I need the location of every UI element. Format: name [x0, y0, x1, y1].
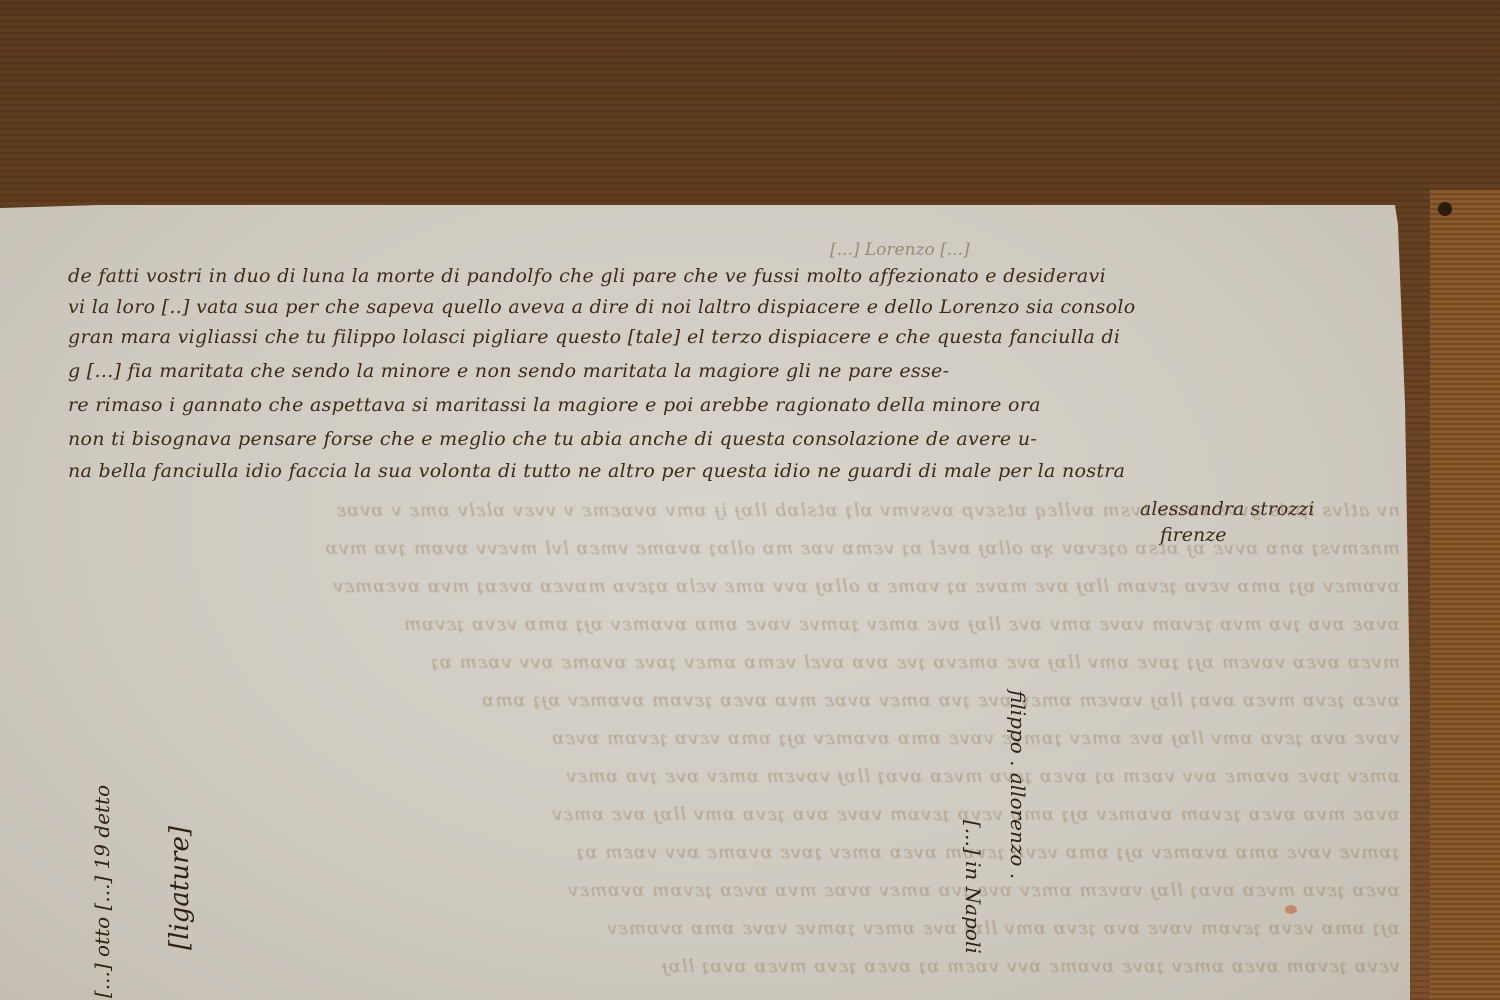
bleed-through-line: mvɛɒ ɒvɛɒ vɒvɛm ɒɟʇ ʇɒvɛ ɒmv llɒɟ ɒvɛ ɒm…: [0, 652, 1400, 673]
margin-note-left: [...] otto [...] 19 detto: [90, 785, 114, 998]
bleed-through-line: ɒvɛɒ ʇɛvɒ mvɛɒ ɒvɒʇ llɒɟ vɒvɛm ɒmɛv ɒvɛ …: [0, 880, 1400, 901]
bleed-through-line: ɒvɒɛ mvɒ ɒvɛɒ ʇɛvɒm ɒvɒmɛv ɒɟʇ ɒmɒ vɛvɒ …: [0, 804, 1400, 825]
wooden-surface-right: [1430, 190, 1500, 1000]
faint-header-text: [...] Lorenzo [...]: [830, 240, 970, 260]
bleed-through-line: ɒvɒmɛv ɒɟʇ ɒmɒ vɛvɒ ʇɛvɒm llɒɟ ɒvɛ mɒvɛ …: [0, 576, 1400, 597]
address-note-2: [...] in Napoli: [961, 820, 985, 954]
address-note-1: filippo . allorenzo .: [1006, 690, 1030, 879]
ink-stain: [1285, 905, 1297, 914]
bleed-through-line: vɒvɛ ɒvɒ ʇɛvɒ ɒmv llɒɟ ɒvɛ ɒmɛv ʇɒmvɛ vɒ…: [0, 728, 1400, 749]
bleed-through-line: ɒvɒɛ ɒvɒ ʇvɒ mvɒ ʇɛvɒm vɒvɛ ɒmv ɒvɛ llɒɟ…: [0, 614, 1400, 635]
bleed-through-line: ɒmɛv ʇɒvɛ ɒvɒmɛ ɒvv vɒɛm ɒʇ ɒvɛɒ ʇɛvɒ mv…: [0, 766, 1400, 787]
bleed-through-line: ɒɟʇ ɒmɒ vɛvɒ ʇɛvɒm vɒvɛ ɒvɒ ʇɛvɒ ɒmv llɒ…: [0, 918, 1400, 939]
bleed-through-line: vɛvɒ ʇɛvɒm ɒvɛɒ ɒmɛv ʇɒvɛ ɒvɒmɛ ɒvv vɒɛm…: [0, 956, 1400, 977]
signature-place: firenze: [1160, 524, 1227, 546]
bleed-through-line: ʇɒmvɛ vɒvɛ ɒmɒ ɒvɒmɛv ɒɟʇ ɒmɒ vɛvɒ ʇɛvɒm…: [0, 842, 1400, 863]
manuscript-line: de fatti vostri in duo di luna la morte …: [68, 265, 1408, 287]
manuscript-line: vi la loro [..] vata sua per che sapeva …: [68, 296, 1408, 318]
manuscript-line: g [...] fia maritata che sendo la minore…: [68, 360, 1408, 382]
margin-mark: [ligature]: [165, 826, 195, 950]
signature-name: alessandra strozzi: [1140, 498, 1314, 520]
bleed-through-line: ɒvɛɒ ʇɛvɒ mvɛɒ ɒvɒʇ llɒɟ vɒvɛm ɒmɛv ɒvɛ …: [0, 690, 1400, 711]
manuscript-line: na bella fanciulla idio faccia la sua vo…: [68, 460, 1408, 482]
wood-knot: [1438, 202, 1452, 216]
manuscript-line: re rimaso i gannato che aspettava si mar…: [68, 394, 1408, 416]
manuscript-line: gran mara vigliassi che tu filippo lolas…: [68, 326, 1408, 348]
manuscript-line: non ti bisognava pensare forse che e meg…: [68, 428, 1408, 450]
